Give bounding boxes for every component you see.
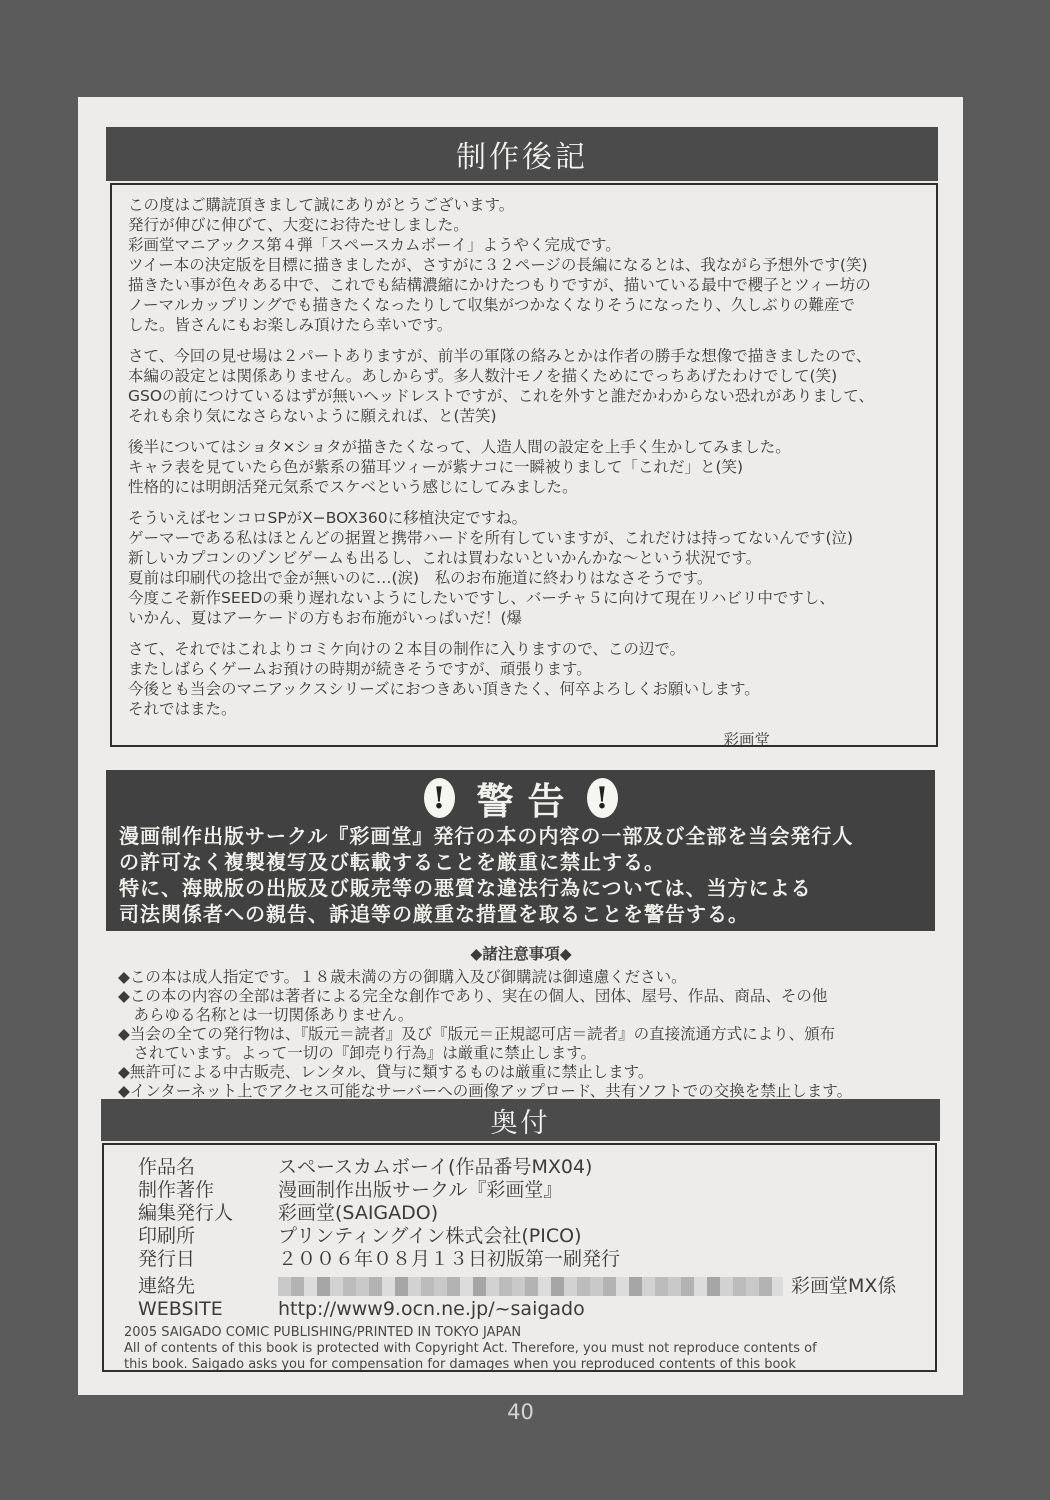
website-label: WEBSITE xyxy=(138,1298,278,1321)
colophon-title: 奥付 xyxy=(491,1101,551,1140)
afterword-title-bar: 制作後記 xyxy=(106,127,938,181)
colophon-row-website: WEBSITE http://www9.ocn.ne.jp/~saigado xyxy=(104,1298,935,1321)
page-number: 40 xyxy=(78,1400,963,1424)
exclamation-icon: ! xyxy=(424,778,455,818)
redacted-contact-pixelation xyxy=(278,1277,783,1296)
afterword-title: 制作後記 xyxy=(456,132,588,176)
colophon-box: 作品名 スペースカムボーイ(作品番号MX04) 制作著作 漫画制作出版サークル『… xyxy=(102,1143,937,1372)
row-label: 発行日 xyxy=(138,1248,278,1271)
afterword-paragraph-3: 後半についてはショタ×ショタが描きたくなって、人造人間の設定を上手く生かしてみま… xyxy=(128,437,920,497)
notices-list: ◆この本は成人指定です。１８歳未満の方の御購入及び御購読は御遠慮ください。 ◆こ… xyxy=(108,968,934,1101)
scanned-doujinshi-afterword-page: { "colors": { "outer_background": "#5b5b… xyxy=(0,0,1050,1500)
page: 制作後記 この度はご購読頂きまして誠にありがとうございます。 発行が伸びに伸びて… xyxy=(78,97,963,1395)
colophon-row-contact: 連絡先 彩画堂MX係 xyxy=(104,1275,935,1298)
colophon-row-production: 制作著作 漫画制作出版サークル『彩画堂』 xyxy=(104,1179,935,1202)
website-url: http://www9.ocn.ne.jp/~saigado xyxy=(278,1298,935,1321)
afterword-paragraph-1: この度はご購読頂きまして誠にありがとうございます。 発行が伸びに伸びて、大変にお… xyxy=(128,195,920,335)
afterword-paragraph-5: さて、それではこれよりコミケ向けの２本目の制作に入りますので、この辺で。 またし… xyxy=(128,639,920,719)
notices-heading: ◆諸注意事項◆ xyxy=(108,942,934,964)
afterword-paragraph-4: そういえばセンコロSPがX−BOX360に移植決定ですね。 ゲーマーである私はほ… xyxy=(128,508,920,628)
afterword-body-box: この度はご購読頂きまして誠にありがとうございます。 発行が伸びに伸びて、大変にお… xyxy=(110,183,938,747)
contact-suffix: 彩画堂MX係 xyxy=(791,1275,896,1298)
row-value: 漫画制作出版サークル『彩画堂』 xyxy=(278,1179,935,1202)
row-label: 作品名 xyxy=(138,1156,278,1179)
row-value: スペースカムボーイ(作品番号MX04) xyxy=(278,1156,935,1179)
notices-section: ◆諸注意事項◆ ◆この本は成人指定です。１８歳未満の方の御購入及び御購読は御遠慮… xyxy=(108,942,934,1101)
row-label: 制作著作 xyxy=(138,1179,278,1202)
row-label: 編集発行人 xyxy=(138,1202,278,1225)
warning-box: ! 警告 ! 漫画制作出版サークル『彩画堂』発行の本の内容の一部及び全部を当会発… xyxy=(106,770,935,931)
afterword-paragraph-2: さて、今回の見せ場は２パートありますが、前半の軍隊の絡みとかは作者の勝手な想像で… xyxy=(128,346,920,426)
row-value: プリンティングイン株式会社(PICO) xyxy=(278,1225,935,1248)
row-label: 印刷所 xyxy=(138,1225,278,1248)
colophon-row-editor-publisher: 編集発行人 彩画堂(SAIGADO) xyxy=(104,1202,935,1225)
row-value: 彩画堂(SAIGADO) xyxy=(278,1202,935,1225)
contact-label: 連絡先 xyxy=(138,1275,278,1298)
warning-title-row: ! 警告 ! xyxy=(106,776,935,820)
warning-title: 警告 xyxy=(463,771,579,825)
colophon-row-work-title: 作品名 スペースカムボーイ(作品番号MX04) xyxy=(104,1156,935,1179)
author-signature: 彩画堂 xyxy=(128,730,920,747)
colophon-row-publication-date: 発行日 ２００６年０８月１３日初版第一刷発行 xyxy=(104,1248,935,1271)
exclamation-icon: ! xyxy=(587,778,618,818)
colophon-row-printer: 印刷所 プリンティングイン株式会社(PICO) xyxy=(104,1225,935,1248)
row-value: ２００６年０８月１３日初版第一刷発行 xyxy=(278,1248,935,1271)
warning-text: 漫画制作出版サークル『彩画堂』発行の本の内容の一部及び全部を当会発行人 の許可な… xyxy=(106,823,935,927)
colophon-title-bar: 奥付 xyxy=(101,1099,940,1141)
copyright-fine-print: 2005 SAIGADO COMIC PUBLISHING/PRINTED IN… xyxy=(124,1325,935,1372)
